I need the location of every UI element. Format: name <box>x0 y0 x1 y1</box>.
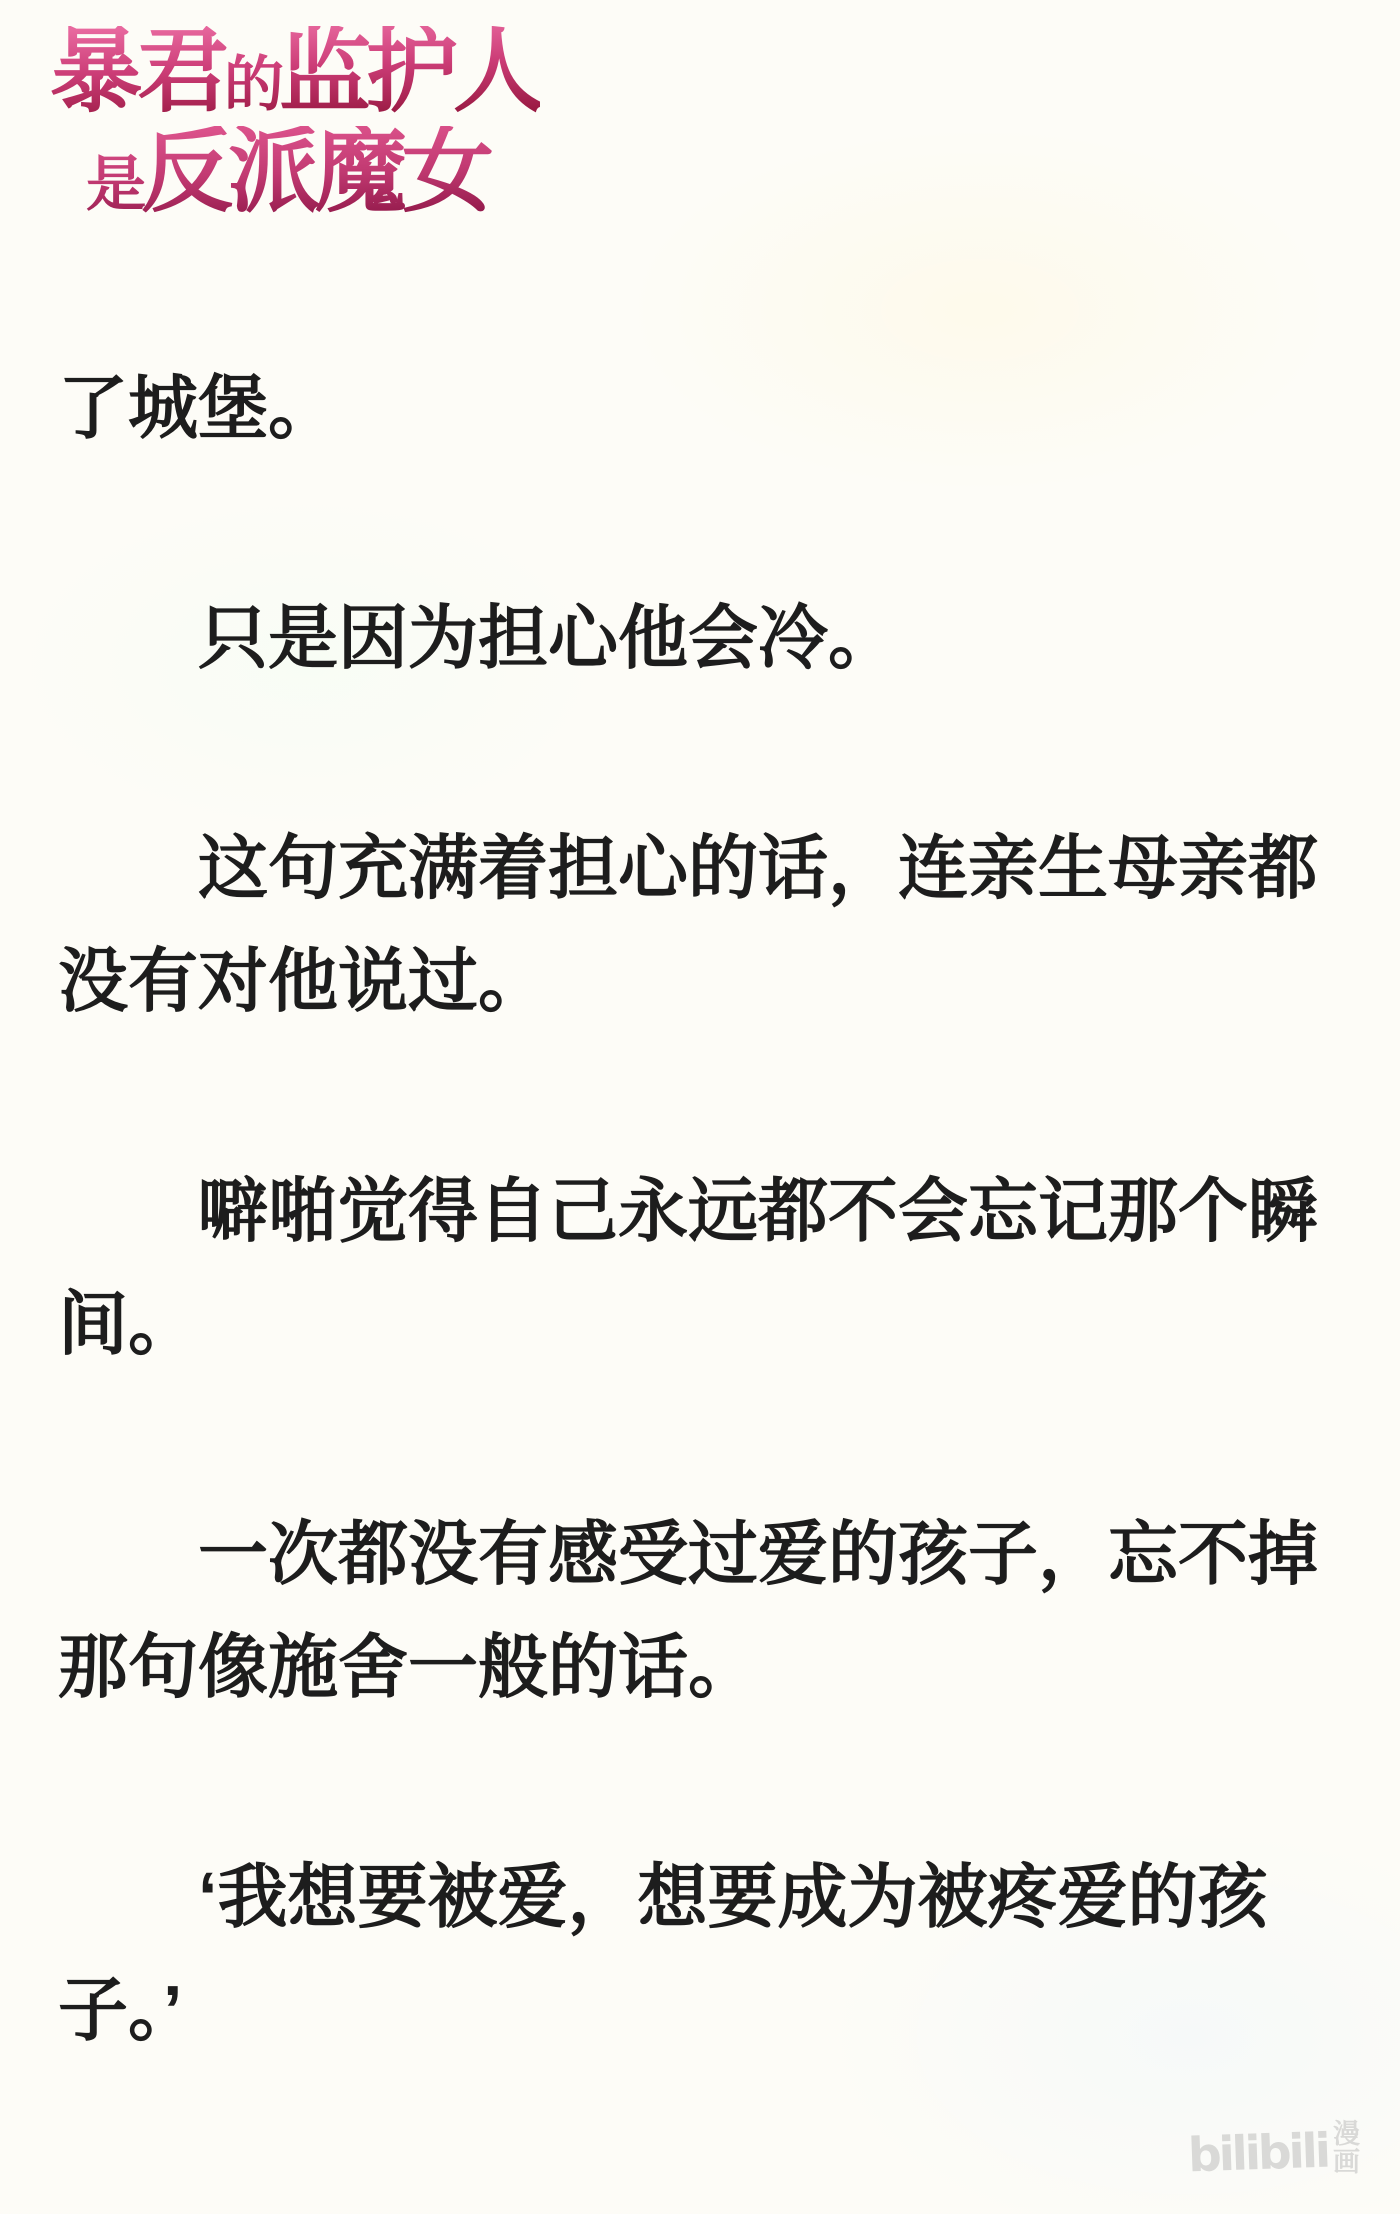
logo-text-de: 的 <box>224 52 279 118</box>
logo-line-2: 是反派魔女 <box>86 126 540 218</box>
manhua-char-hua: 画 <box>1333 2148 1360 2176</box>
paragraph-2: 只是因为担心他会冷。 <box>58 582 1346 695</box>
paragraph-6: ‘我想要被爱，想要成为被疼爱的孩子。’ <box>58 1841 1346 2067</box>
logo-text-baojun: 暴君 <box>50 21 224 123</box>
bilibili-logo-text: bilibili <box>1187 2128 1329 2180</box>
comic-text-page: 暴君的监护人 是反派魔女 了城堡。 只是因为担心他会冷。 这句充满着担心的话，连… <box>0 0 1400 2214</box>
paragraph-3: 这句充满着担心的话，连亲生母亲都没有对他说过。 <box>58 812 1346 1038</box>
logo-text-jianhuren: 监护人 <box>279 21 540 123</box>
logo-text-shi: 是 <box>86 152 141 218</box>
logo-text-fanpaimonv: 反派魔女 <box>141 121 489 223</box>
paragraph-1: 了城堡。 <box>58 352 1346 465</box>
story-text-block: 了城堡。 只是因为担心他会冷。 这句充满着担心的话，连亲生母亲都没有对他说过。 … <box>58 352 1346 2184</box>
paragraph-4: 噼啪觉得自己永远都不会忘记那个瞬间。 <box>58 1155 1346 1381</box>
series-title-logo: 暴君的监护人 是反派魔女 <box>50 26 540 218</box>
manhua-label: 漫 画 <box>1333 2120 1360 2176</box>
bilibili-watermark: bilibili 漫 画 <box>1188 2120 1360 2177</box>
paragraph-5: 一次都没有感受过爱的孩子，忘不掉那句像施舍一般的话。 <box>58 1498 1346 1724</box>
logo-line-1: 暴君的监护人 <box>50 26 540 118</box>
manhua-char-man: 漫 <box>1333 2120 1360 2148</box>
